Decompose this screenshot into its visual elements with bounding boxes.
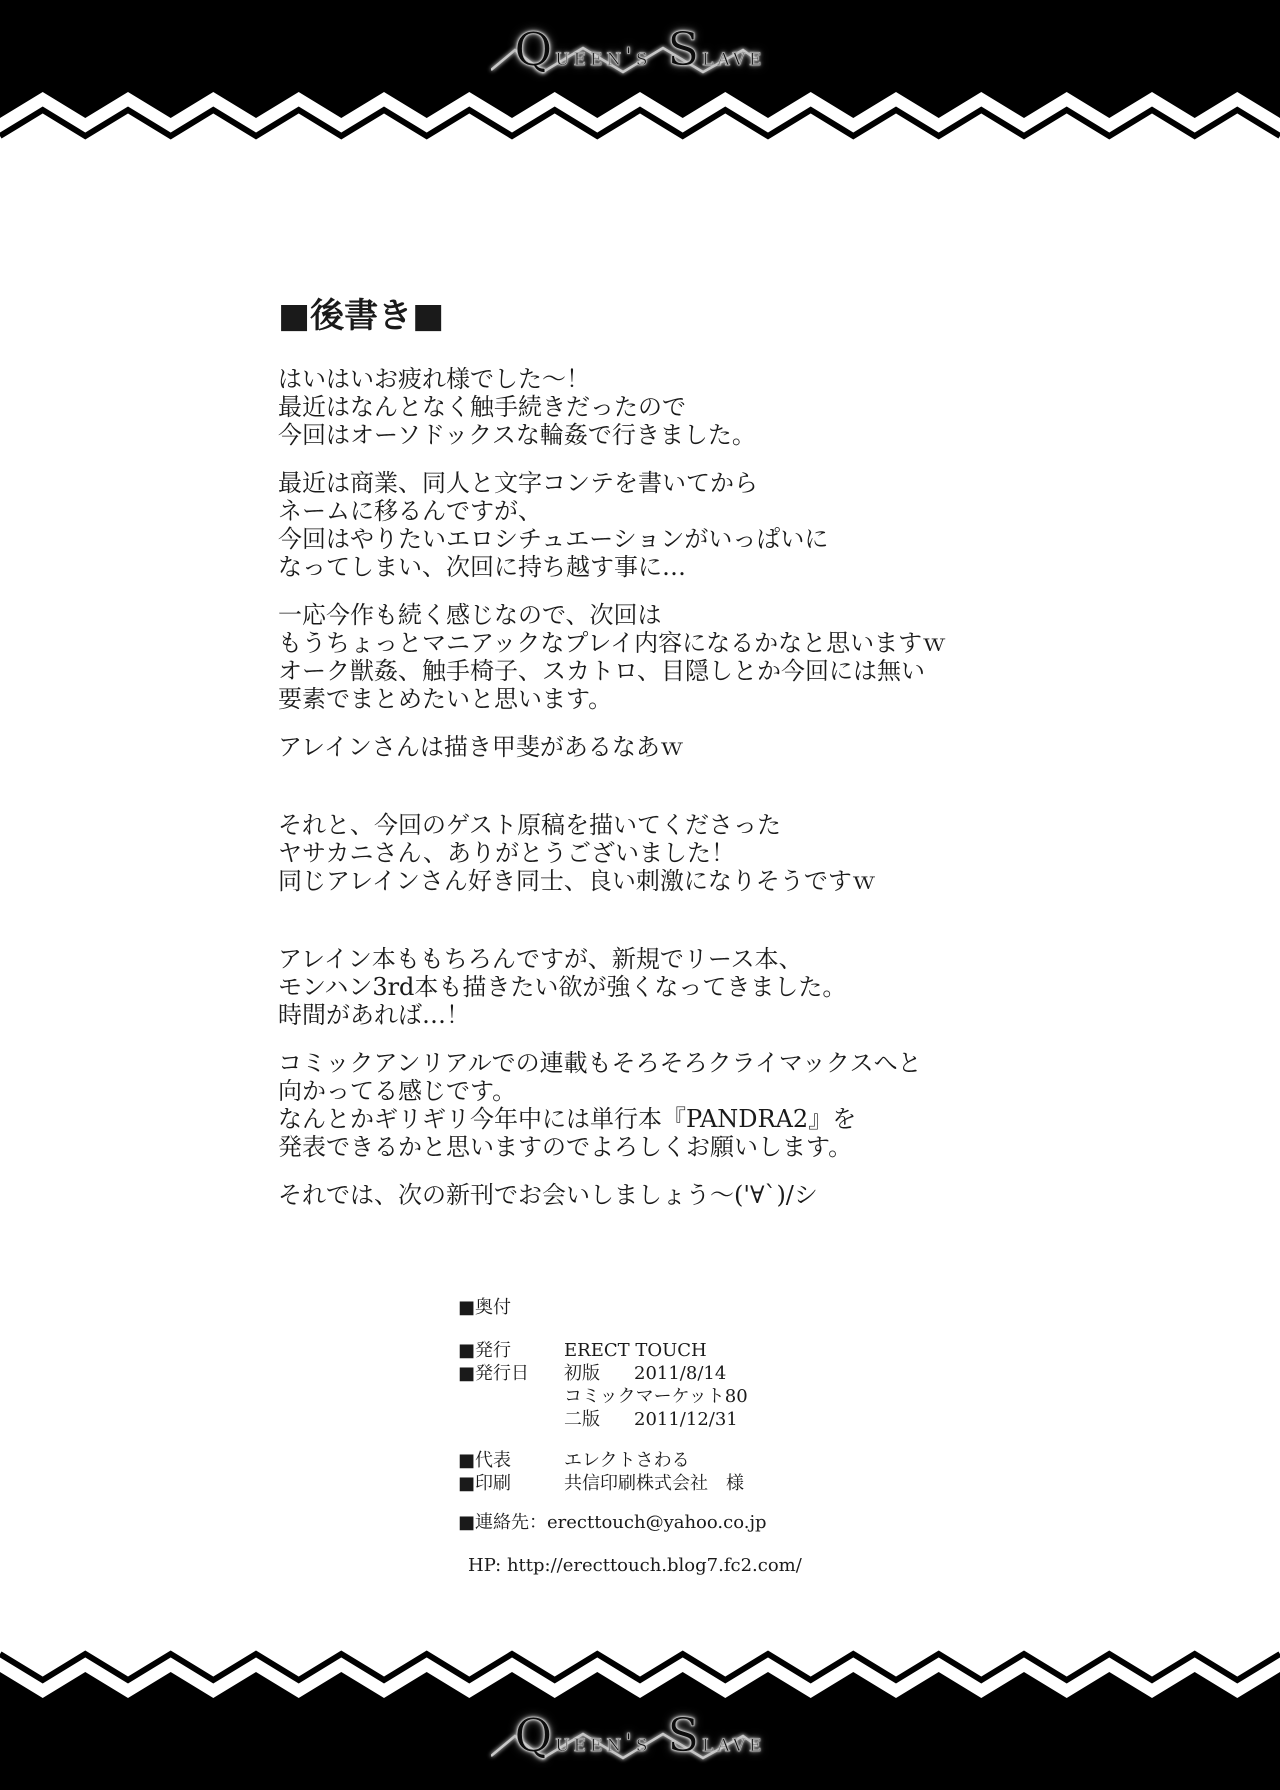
representative-value: エレクトさわる: [564, 1450, 690, 1471]
logo-letter-q: Q: [515, 22, 556, 76]
afterword-paragraph: アレインさんは描き甲斐があるなあｗ: [278, 733, 946, 761]
colophon-heading: ■奥付: [458, 1296, 802, 1319]
colophon-row-event: コミックマーケット80: [458, 1385, 802, 1408]
afterword-line: 発表できるかと思いますのでよろしくお願いします。: [278, 1133, 946, 1161]
colophon-row-printing: ■印刷共信印刷株式会社 様: [458, 1472, 802, 1495]
edition-date: 2011/8/14: [634, 1362, 726, 1385]
logo-letter-q: Q: [515, 1708, 556, 1762]
pubdate-label: ■発行日: [458, 1362, 564, 1385]
colophon-staff-group: ■代表エレクトさわる ■印刷共信印刷株式会社 様: [458, 1449, 802, 1495]
queens-slave-logo-bottom: Queen'sSlave: [0, 1712, 1280, 1758]
zigzag-border-top: [0, 88, 1280, 152]
contact-line: ■連絡先：erecttouch@yahoo.co.jp: [458, 1511, 802, 1534]
afterword-line: 最近は商業、同人と文字コンテを書いてから: [278, 469, 946, 497]
afterword-line: 時間があれば…！: [278, 1001, 946, 1029]
afterword-line: それと、今回のゲスト原稿を描いてくださった: [278, 811, 946, 839]
afterword-paragraph: 一応今作も続く感じなので、次回は もうちょっとマニアックなプレイ内容になるかなと…: [278, 601, 946, 713]
afterword-line: はいはいお疲れ様でした〜！: [278, 365, 946, 393]
edition-date: 2011/12/31: [634, 1408, 738, 1431]
edition-name: コミックマーケット80: [564, 1385, 748, 1408]
afterword-paragraph: それでは、次の新刊でお会いしましょう〜('∀`)/シ: [278, 1181, 946, 1209]
printing-value: 共信印刷株式会社 様: [564, 1473, 744, 1494]
top-banner: Queen'sSlave: [0, 0, 1280, 88]
colophon-row-publisher: ■発行ERECT TOUCH: [458, 1339, 802, 1362]
afterword-line: 最近はなんとなく触手続きだったので: [278, 393, 946, 421]
colophon-section: ■奥付 ■発行ERECT TOUCH ■発行日初版2011/8/14 コミックマ…: [458, 1296, 802, 1577]
colophon-row-second-edition: 二版2011/12/31: [458, 1408, 802, 1431]
afterword-paragraph: 最近は商業、同人と文字コンテを書いてから ネームに移るんですが、 今回はやりたい…: [278, 469, 946, 581]
logo-letter-s: S: [668, 1708, 703, 1762]
afterword-line: 今回はオーソドックスな輪姦で行きました。: [278, 421, 946, 449]
afterword-paragraph: はいはいお疲れ様でした〜！ 最近はなんとなく触手続きだったので 今回はオーソドッ…: [278, 365, 946, 449]
printing-label: ■印刷: [458, 1472, 564, 1495]
logo-text-ueens: ueen's: [555, 1729, 651, 1757]
afterword-line: ヤサカニさん、ありがとうございました！: [278, 839, 946, 867]
colophon-row-pubdate: ■発行日初版2011/8/14: [458, 1362, 802, 1385]
afterword-paragraph: アレイン本ももちろんですが、新規でリース本、 モンハン3rd本も描きたい欲が強く…: [278, 945, 946, 1029]
zigzag-border-bottom: [0, 1638, 1280, 1702]
afterword-line: オーク獣姦、触手椅子、スカトロ、目隠しとか今回には無い: [278, 657, 946, 685]
edition-name: 初版: [564, 1362, 634, 1385]
representative-label: ■代表: [458, 1449, 564, 1472]
afterword-line: モンハン3rd本も描きたい欲が強くなってきました。: [278, 973, 946, 1001]
publisher-value: ERECT TOUCH: [564, 1340, 707, 1361]
logo-letter-s: S: [668, 22, 703, 76]
colophon-row-representative: ■代表エレクトさわる: [458, 1449, 802, 1472]
afterword-title: ■後書き■: [278, 288, 946, 337]
afterword-line: 今回はやりたいエロシチュエーションがいっぱいに: [278, 525, 946, 553]
afterword-closing-line: それでは、次の新刊でお会いしましょう〜('∀`)/シ: [278, 1181, 946, 1209]
edition-name: 二版: [564, 1408, 634, 1431]
colophon-publication-group: ■発行ERECT TOUCH ■発行日初版2011/8/14 コミックマーケット…: [458, 1339, 802, 1431]
afterword-line: 同じアレインさん好き同士、良い刺激になりそうですｗ: [278, 867, 946, 895]
afterword-line: 一応今作も続く感じなので、次回は: [278, 601, 946, 629]
afterword-line: 要素でまとめたいと思います。: [278, 685, 946, 713]
logo-text-lave: lave: [702, 43, 765, 71]
afterword-line: ネームに移るんですが、: [278, 497, 946, 525]
logo-text-ueens: ueen's: [555, 43, 651, 71]
homepage-line: HP: http://erecttouch.blog7.fc2.com/: [458, 1554, 802, 1577]
queens-slave-logo-top: Queen'sSlave: [0, 26, 1280, 72]
doujinshi-afterword-page: Queen'sSlave ■後書き■ はいはいお疲れ様でした〜！ 最近はなんとな…: [0, 0, 1280, 1790]
logo-text-lave: lave: [702, 1729, 765, 1757]
afterword-line: なってしまい、次回に持ち越す事に…: [278, 553, 946, 581]
afterword-paragraph: それと、今回のゲスト原稿を描いてくださった ヤサカニさん、ありがとうございました…: [278, 811, 946, 895]
afterword-line: コミックアンリアルでの連載もそろそろクライマックスへと: [278, 1049, 946, 1077]
afterword-line: 向かってる感じです。: [278, 1077, 946, 1105]
afterword-line: なんとかギリギリ今年中には単行本『PANDRA2』を: [278, 1105, 946, 1133]
afterword-line: アレイン本ももちろんですが、新規でリース本、: [278, 945, 946, 973]
afterword-line: もうちょっとマニアックなプレイ内容になるかなと思いますｗ: [278, 629, 946, 657]
afterword-section: ■後書き■ はいはいお疲れ様でした〜！ 最近はなんとなく触手続きだったので 今回…: [278, 288, 946, 1209]
publisher-label: ■発行: [458, 1339, 564, 1362]
afterword-line: アレインさんは描き甲斐があるなあｗ: [278, 733, 946, 761]
bottom-banner: Queen'sSlave: [0, 1702, 1280, 1790]
afterword-paragraph: コミックアンリアルでの連載もそろそろクライマックスへと 向かってる感じです。 な…: [278, 1049, 946, 1161]
